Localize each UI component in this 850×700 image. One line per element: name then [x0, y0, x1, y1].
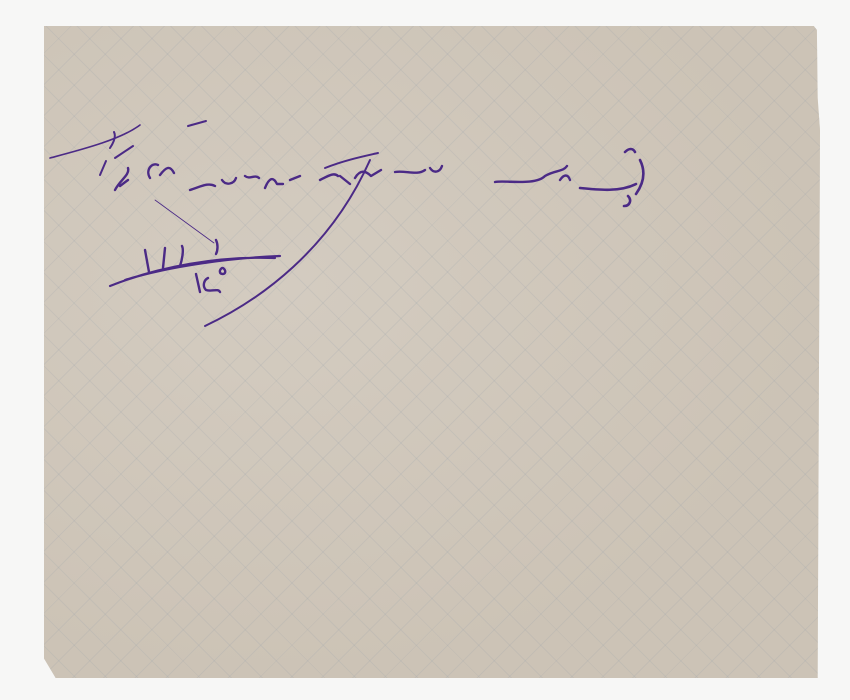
- handwriting: [0, 0, 850, 700]
- reference-number: [196, 268, 225, 292]
- address-script: [115, 164, 570, 190]
- strike-line: [110, 256, 280, 286]
- pencil-line: [155, 200, 214, 243]
- flourish-diagonal: [205, 160, 370, 326]
- flourish-top-left: [50, 125, 140, 158]
- address-script-word-right: [580, 149, 643, 206]
- overline-dash: [188, 121, 206, 126]
